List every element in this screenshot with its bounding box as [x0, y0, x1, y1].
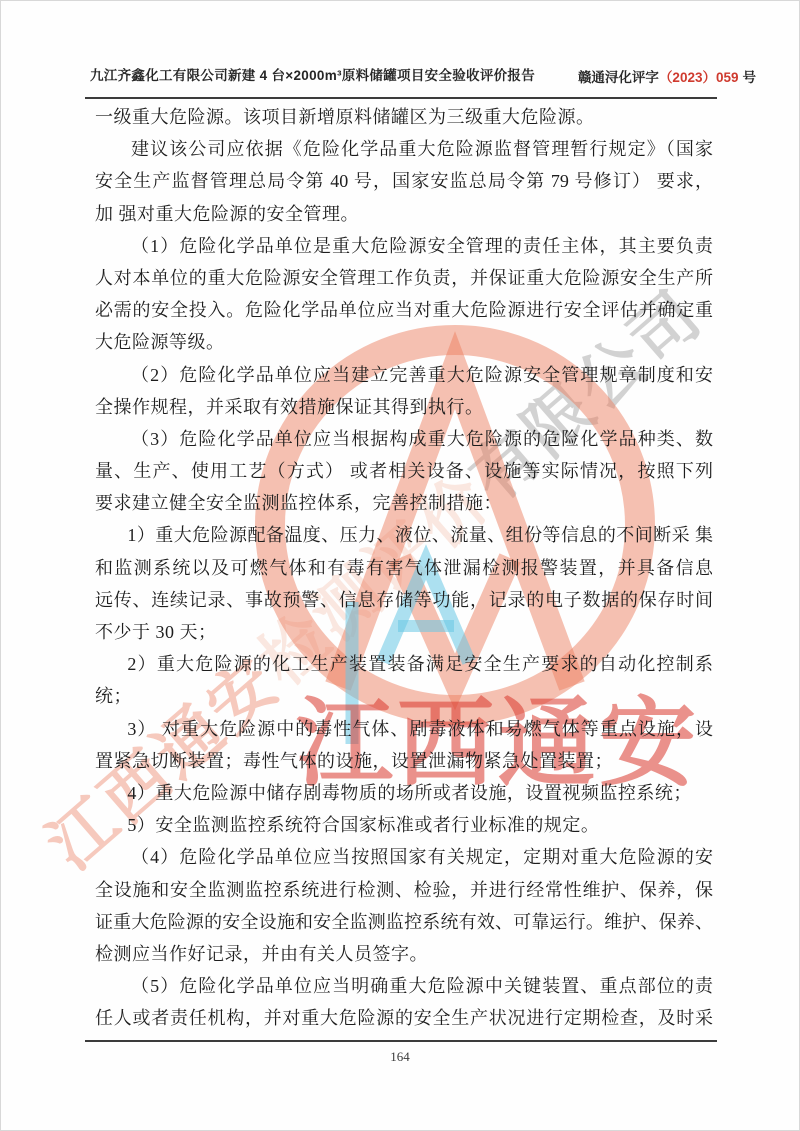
document-page: 江西通安检测评价有限公司 江西通安 九江齐鑫化工有限公司新建 4 台×2000m…	[0, 0, 800, 1131]
body-text-block: 一级重大危险源。该项目新增原料储罐区为三级重大危险源。建议该公司应依据《危险化学…	[95, 101, 713, 1034]
body-line: 置紧急切断装置；毒性气体的设施，设置泄漏物紧急处置装置；	[95, 745, 713, 777]
body-line: 远传、连续记录、事故预警、信息存储等功能，记录的电子数据的保存时间	[95, 584, 713, 616]
document-number-suffix: 号	[743, 70, 757, 85]
document-number: 赣通浔化评字（2023）059号	[578, 68, 756, 88]
header-rule	[85, 97, 717, 99]
body-line: 一级重大危险源。该项目新增原料储罐区为三级重大危险源。	[95, 101, 713, 133]
body-line: （2）危险化学品单位应当建立完善重大危险源安全管理规章制度和安	[95, 359, 713, 391]
footer-rule	[85, 1040, 717, 1042]
body-line: 全设施和安全监测监控系统进行检测、检验，并进行经常性维护、保养，保	[95, 874, 713, 906]
body-line: 安全生产监督管理总局令第 40 号，国家安监总局令第 79 号修订） 要求，	[95, 165, 713, 197]
body-line: 1）重大危险源配备温度、压力、液位、流量、组份等信息的不间断采 集	[95, 519, 713, 551]
body-line: （3）危险化学品单位应当根据构成重大危险源的危险化学品种类、数	[95, 423, 713, 455]
body-line: 和监测系统以及可燃气体和有毒有害气体泄漏检测报警装置，并具备信息	[95, 552, 713, 584]
document-number-red: （2023）059	[659, 70, 739, 85]
body-line: 5）安全监测监控系统符合国家标准或者行业标准的规定。	[95, 809, 713, 841]
body-line: 大危险源等级。	[95, 326, 713, 358]
report-title: 九江齐鑫化工有限公司新建 4 台×2000m³原料储罐项目安全验收评价报告	[90, 66, 560, 86]
body-line: 4）重大危险源中储存剧毒物质的场所或者设施，设置视频监控系统；	[95, 777, 713, 809]
body-line: 3） 对重大危险源中的毒性气体、剧毒液体和易燃气体等重点设施，设	[95, 713, 713, 745]
body-line: 统；	[95, 680, 713, 712]
body-line: 2）重大危险源的化工生产装置装备满足安全生产要求的自动化控制系	[95, 648, 713, 680]
body-line: 人对本单位的重大危险源安全管理工作负责，并保证重大危险源安全生产所	[95, 262, 713, 294]
body-line: 要求建立健全安全监测监控体系，完善控制措施：	[95, 487, 713, 519]
body-line: 证重大危险源的安全设施和安全监测监控系统有效、可靠运行。维护、保养、	[95, 906, 713, 938]
body-line: 检测应当作好记录，并由有关人员签字。	[95, 938, 713, 970]
body-line: 全操作规程，并采取有效措施保证其得到执行。	[95, 391, 713, 423]
body-line: 量、生产、使用工艺（方式） 或者相关设备、设施等实际情况，按照下列	[95, 455, 713, 487]
body-line: 建议该公司应依据《危险化学品重大危险源监督管理暂行规定》（国家	[95, 133, 713, 165]
body-line: 加 强对重大危险源的安全管理。	[95, 198, 713, 230]
body-line: 任人或者责任机构，并对重大危险源的安全生产状况进行定期检查，及时采	[95, 1002, 713, 1034]
body-line: （5）危险化学品单位应当明确重大危险源中关键装置、重点部位的责	[95, 970, 713, 1002]
body-line: 必需的安全投入。危险化学品单位应当对重大危险源进行安全评估并确定重	[95, 294, 713, 326]
body-line: （4）危险化学品单位应当按照国家有关规定，定期对重大危险源的安	[95, 841, 713, 873]
body-line: 不少于 30 天；	[95, 616, 713, 648]
document-number-prefix: 赣通浔化评字	[578, 70, 659, 85]
body-line: （1）危险化学品单位是重大危险源安全管理的责任主体，其主要负责	[95, 230, 713, 262]
page-number: 164	[0, 1049, 800, 1065]
